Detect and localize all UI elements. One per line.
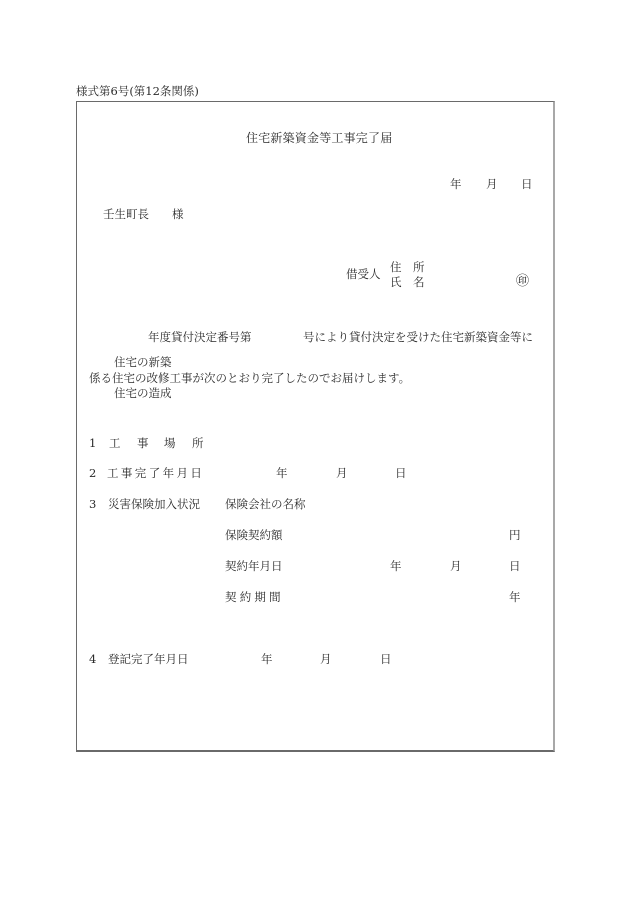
item2-month-label: 月	[336, 468, 348, 480]
form-number: 様式第6号(第12条関係)	[76, 86, 199, 98]
addressee-honorific: 様	[172, 209, 184, 221]
submission-day-label: 日	[521, 179, 533, 191]
item4-day-label: 日	[380, 654, 392, 666]
borrower-label: 借受人	[346, 269, 381, 281]
submission-month-label: 月	[486, 179, 498, 191]
item3-number: 3	[89, 499, 96, 511]
body-line1-part1: 年度貸付決定番号第	[148, 332, 252, 344]
submission-year-label: 年	[450, 179, 462, 191]
item3-label: 災害保険加入状況	[108, 499, 200, 511]
item4-number: 4	[89, 654, 96, 666]
form-title: 住宅新築資金等工事完了届	[246, 132, 392, 144]
name-label-char-1: 氏	[390, 277, 402, 289]
seal-icon: ㊞	[516, 275, 529, 288]
addressee-name: 壬生町長	[103, 209, 149, 221]
body-line1-part2: 号により貸付決定を受けた住宅新築資金等に	[303, 332, 533, 344]
insurance-amount-label: 保険契約額	[225, 530, 283, 542]
item2-day-label: 日	[395, 468, 407, 480]
item4-label: 登記完了年月日	[108, 654, 189, 666]
insurance-amount-unit: 円	[509, 530, 521, 542]
item1-number: 1	[89, 438, 96, 450]
contract-period-label: 契約期間	[225, 592, 284, 604]
item4-month-label: 月	[320, 654, 332, 666]
option-land-development: 住宅の造成	[114, 388, 172, 400]
item2-number: 2	[89, 468, 96, 480]
item2-year-label: 年	[276, 468, 288, 480]
insurance-company-label: 保険会社の名称	[225, 499, 306, 511]
address-label-char-2: 所	[413, 262, 425, 274]
contract-year-label: 年	[390, 561, 402, 573]
item4-year-label: 年	[261, 654, 273, 666]
contract-month-label: 月	[450, 561, 462, 573]
body-line2: 係る住宅の改修工事が次のとおり完了したのでお届けします。	[89, 373, 410, 385]
item1-label-char: 所	[192, 438, 204, 450]
item2-label: 工事完了年月日	[107, 468, 204, 480]
item1-label-char: 事	[137, 438, 149, 450]
contract-date-label: 契約年月日	[225, 561, 283, 573]
item1-label-char: 場	[164, 438, 176, 450]
contract-day-label: 日	[509, 561, 521, 573]
item1-label-char: 工	[109, 438, 121, 450]
address-label-char-1: 住	[390, 262, 402, 274]
name-label-char-2: 名	[413, 277, 425, 289]
option-new-build: 住宅の新築	[114, 357, 172, 369]
contract-period-unit: 年	[509, 592, 521, 604]
